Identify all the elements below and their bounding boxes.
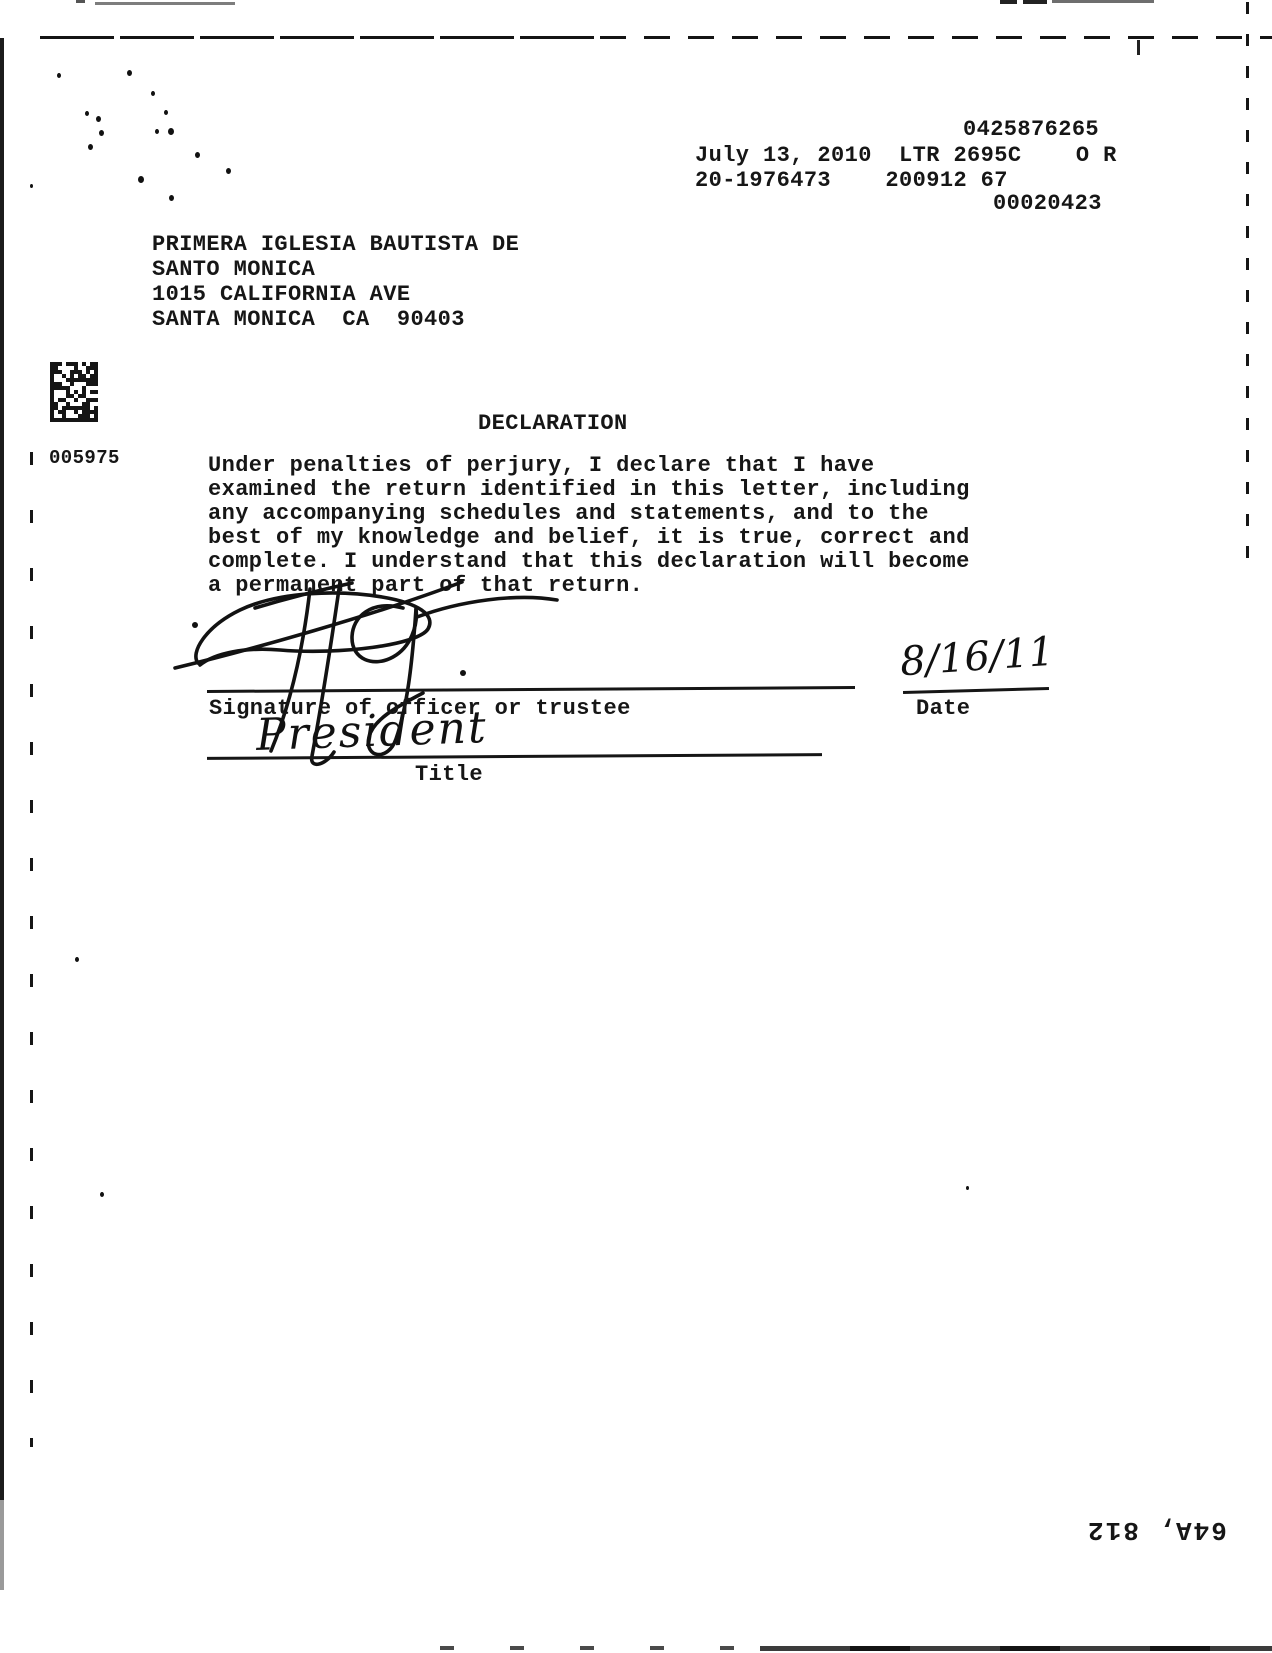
scan-speckle xyxy=(85,111,89,116)
scan-speckle xyxy=(966,1186,969,1190)
scan-artifact xyxy=(76,0,85,3)
footer-rotated-code: 64A, 812 xyxy=(1086,1518,1227,1542)
header-date-ltr-line: July 13, 2010 LTR 2695C O R xyxy=(695,144,1117,168)
scan-artifact xyxy=(1052,0,1154,3)
bottom-dashed-rule xyxy=(440,1646,760,1650)
header-ein-line: 20-1976473 200912 67 xyxy=(695,169,1008,193)
header-control-number: 00020423 xyxy=(993,192,1102,216)
title-label: Title xyxy=(415,763,483,787)
scan-artifact xyxy=(1023,0,1047,4)
data-matrix-barcode xyxy=(50,362,98,427)
page-top-dashed-rule xyxy=(40,36,600,39)
scan-speckle xyxy=(168,128,174,135)
scan-speckle xyxy=(169,195,174,201)
handwritten-date: 8/16/11 xyxy=(899,629,1056,686)
left-edge-line xyxy=(0,1500,4,1590)
scan-artifact xyxy=(1137,40,1140,55)
scan-artifact xyxy=(95,2,235,5)
scan-speckle xyxy=(155,129,159,134)
declaration-body-line: any accompanying schedules and statement… xyxy=(208,502,929,526)
scan-speckle xyxy=(151,91,155,96)
ink-dot xyxy=(192,622,198,628)
recipient-street: 1015 CALIFORNIA AVE xyxy=(152,283,410,307)
recipient-name-line2: SANTO MONICA xyxy=(152,258,315,282)
left-dashed-border xyxy=(30,452,33,1447)
scan-speckle xyxy=(138,176,144,183)
scan-speckle xyxy=(195,152,200,158)
ink-dot xyxy=(460,670,466,676)
left-edge-line xyxy=(0,38,4,1500)
scan-speckle xyxy=(75,957,79,962)
date-label: Date xyxy=(916,697,970,721)
bottom-rule xyxy=(760,1646,1272,1651)
scan-artifact xyxy=(1000,0,1017,4)
recipient-name-line1: PRIMERA IGLESIA BAUTISTA DE xyxy=(152,233,519,257)
scanned-letter-page: 0425876265 July 13, 2010 LTR 2695C O R 2… xyxy=(0,0,1272,1653)
scan-speckle xyxy=(30,184,33,188)
date-line xyxy=(903,687,1049,694)
declaration-body-line: examined the return identified in this l… xyxy=(208,478,970,502)
scan-speckle xyxy=(88,144,93,150)
page-top-dashed-rule xyxy=(600,36,1272,39)
declaration-heading: DECLARATION xyxy=(478,412,628,436)
scan-speckle xyxy=(57,73,61,78)
recipient-city-state-zip: SANTA MONICA CA 90403 xyxy=(152,308,465,332)
scan-speckle xyxy=(100,1192,104,1197)
handwritten-title: President xyxy=(255,702,488,761)
scan-speckle xyxy=(99,130,104,136)
barcode-number: 005975 xyxy=(49,446,120,470)
header-serial-number: 0425876265 xyxy=(963,118,1099,142)
scan-speckle xyxy=(127,70,132,76)
right-dashed-border xyxy=(1246,2,1249,560)
scan-speckle xyxy=(164,110,168,115)
scan-speckle xyxy=(226,168,231,174)
scan-speckle xyxy=(96,116,101,122)
declaration-body-line: Under penalties of perjury, I declare th… xyxy=(208,454,875,478)
